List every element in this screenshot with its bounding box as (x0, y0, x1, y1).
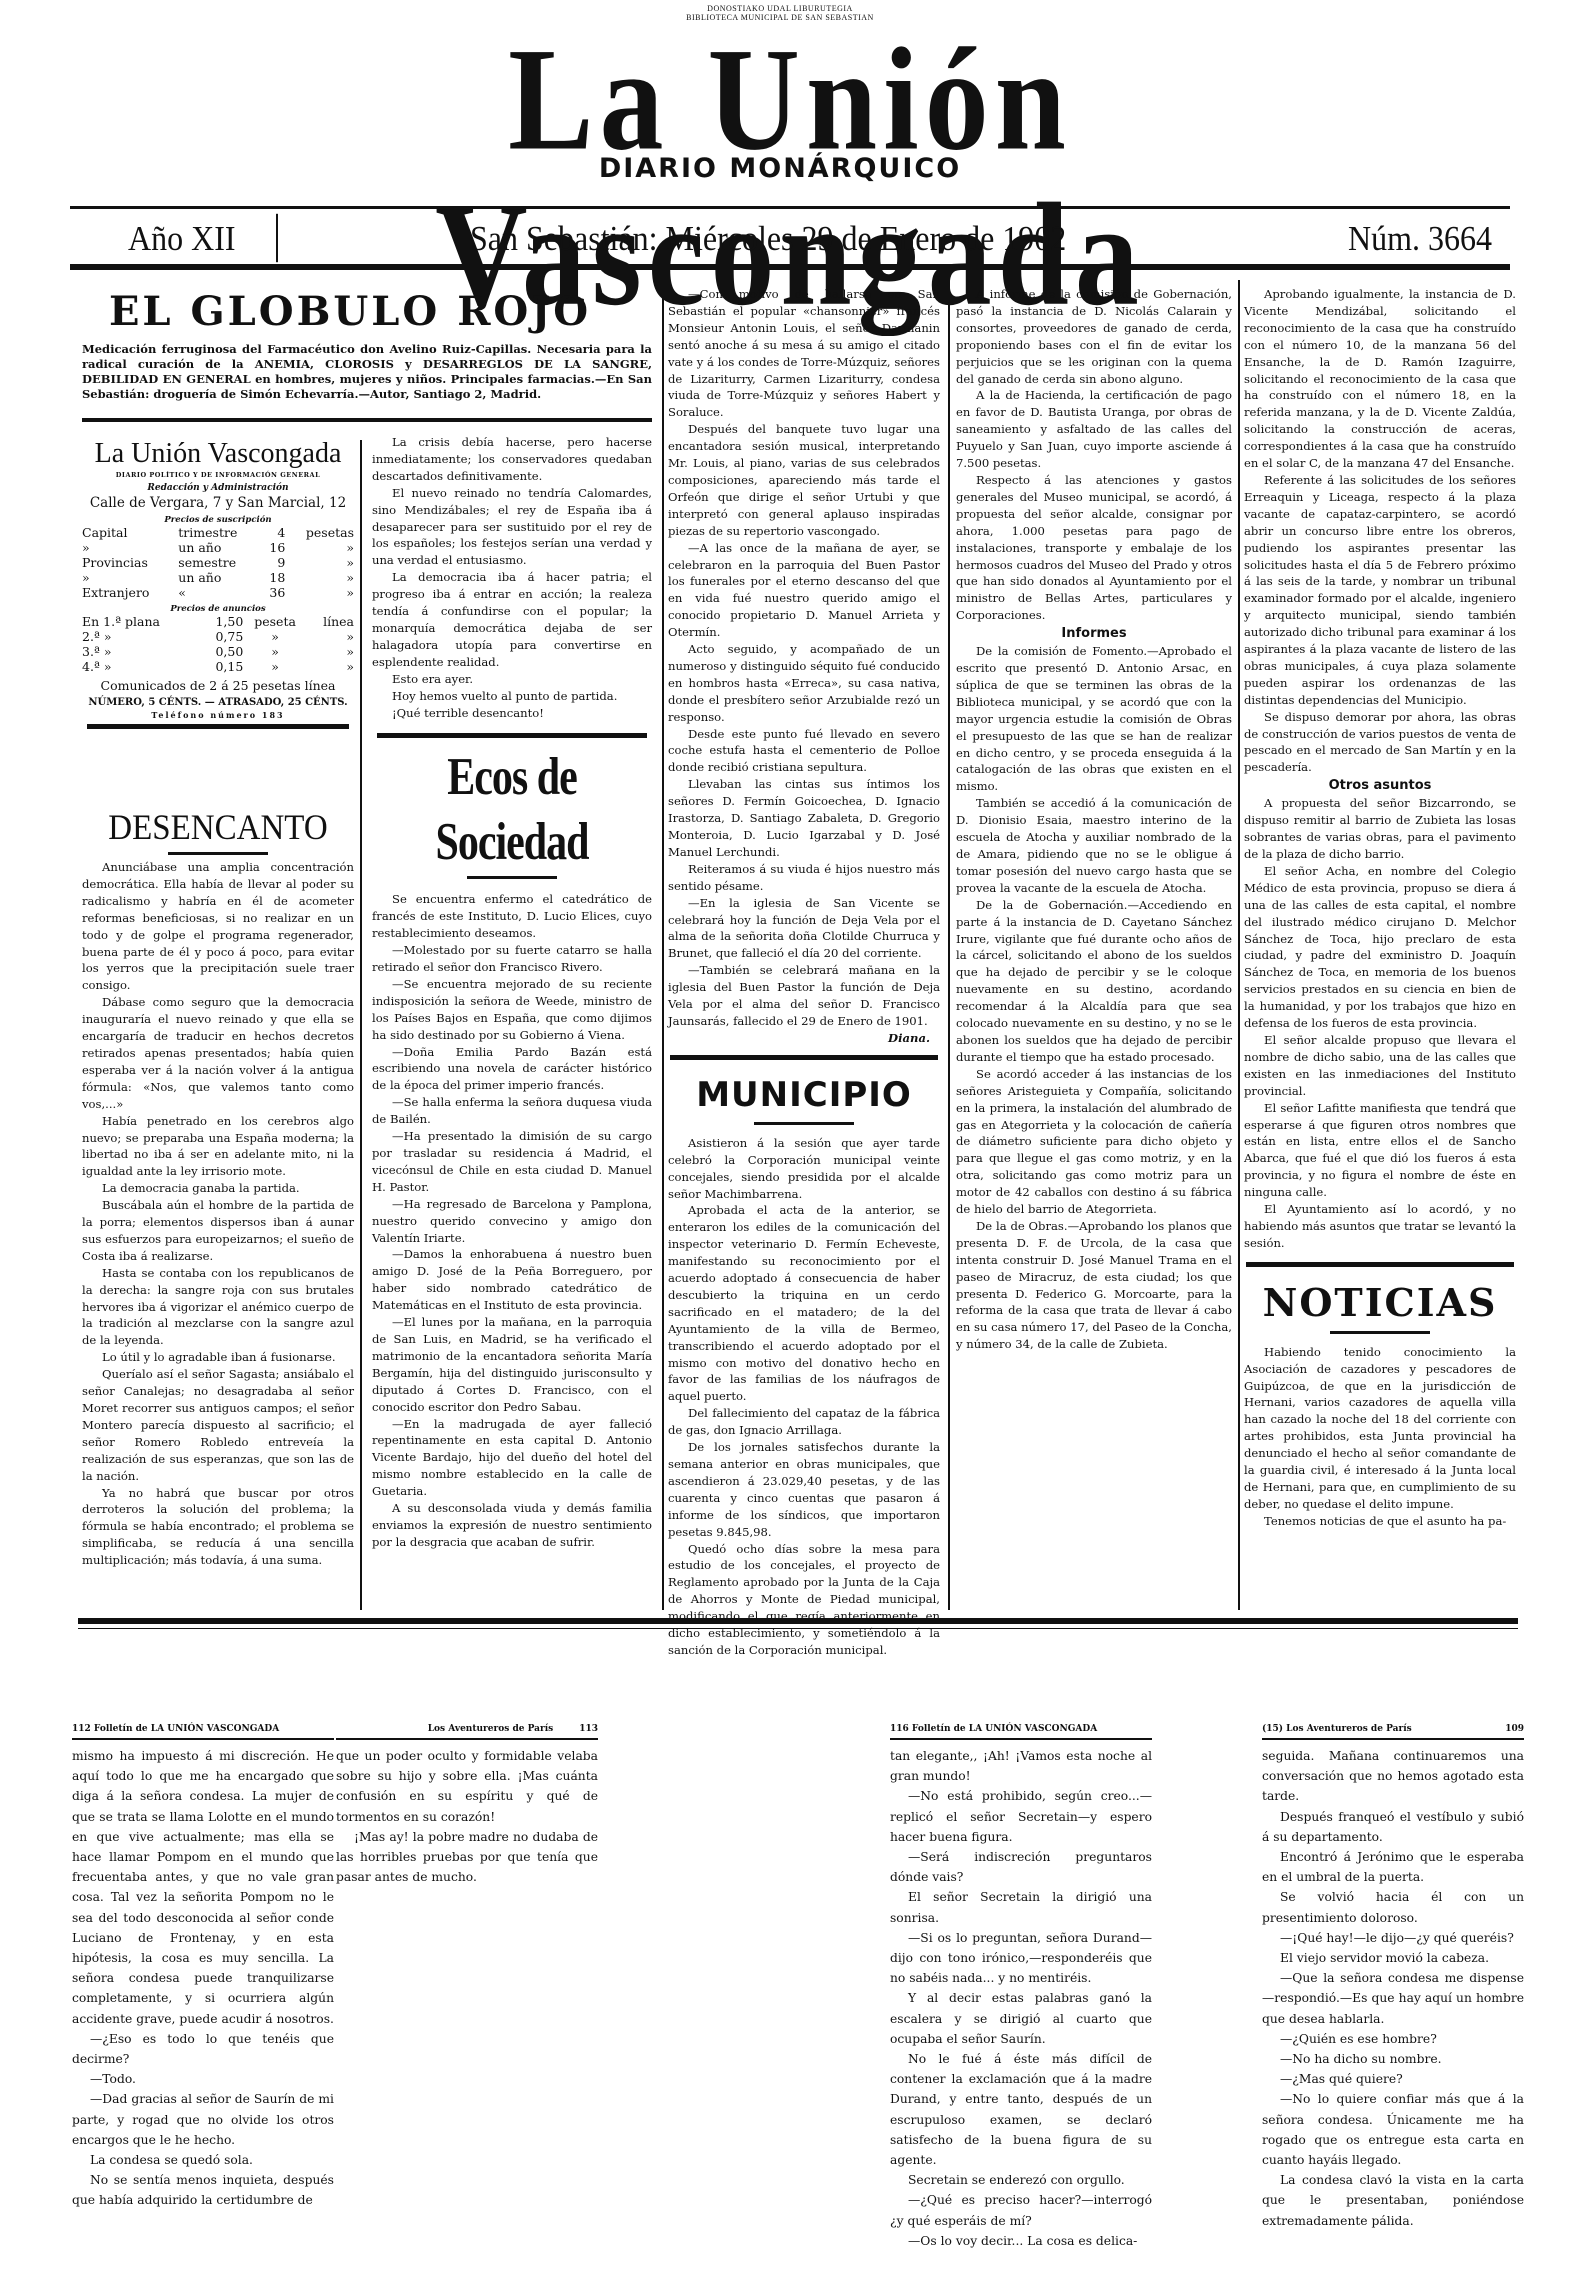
title-underline (754, 1122, 854, 1125)
paragraph: —Damos la enhorabuena á nuestro buen ami… (372, 1246, 652, 1314)
feuilleton-header-right: 113 (579, 1724, 598, 1734)
feuilleton-header: (15) Los Aventureros de París 109 (1262, 1724, 1524, 1740)
cell: 9 (263, 555, 286, 570)
paragraph: A propuesta del señor Bizcarrondo, se di… (1244, 795, 1516, 863)
subscription-table: Capitaltrimestre4pesetas »un año16» Prov… (82, 525, 354, 600)
paragraph: Asistieron á la sesión que ayer tarde ce… (668, 1135, 940, 1203)
issue-price: NÚMERO, 5 CÉNTS. — ATRASADO, 25 CÉNTS. (82, 697, 354, 708)
paragraph: seguida. Mañana continuaremos una conver… (1262, 1746, 1524, 1807)
column-2: La crisis debía hacerse, pero hacerse in… (372, 434, 652, 1551)
desencanto-continuation: La crisis debía hacerse, pero hacerse in… (372, 434, 652, 721)
paragraph: Acto seguido, y acompañado de un numeros… (668, 641, 940, 726)
paragraph: Después franqueó el vestíbulo y subió á … (1262, 1807, 1524, 1847)
table-row: Capitaltrimestre4pesetas (82, 525, 354, 540)
paragraph: —¿Quién es ese hombre? (1262, 2029, 1524, 2049)
paragraph: —No ha dicho su nombre. (1262, 2049, 1524, 2069)
paragraph: Anunciábase una amplia concentración dem… (82, 859, 354, 994)
cell: » (285, 540, 354, 555)
ads-label: Precios de anuncios (82, 604, 354, 614)
paragraph: La democracia ganaba la partida. (82, 1180, 354, 1197)
column-3: —Con motivo de hallarse en San Sebastián… (668, 286, 940, 1659)
paragraph: Hoy hemos vuelto al punto de partida. (372, 688, 652, 705)
box-title: La Unión Vascongada (82, 437, 354, 471)
column-divider (1238, 280, 1240, 1610)
paragraph: Habiendo tenido conocimiento la Asociaci… (1244, 1344, 1516, 1513)
paragraph: —No está prohibido, según creo...—replic… (890, 1786, 1152, 1847)
feuilleton-page-113: Los Aventureros de París 113 que un pode… (336, 1724, 598, 1887)
cell: » (307, 629, 354, 644)
feuilleton-header-left: 116 Folletín de LA UNIÓN VASCONGADA (890, 1724, 1097, 1734)
cell: 0,15 (201, 659, 243, 674)
paragraph: —¿Mas qué quiere? (1262, 2069, 1524, 2089)
paragraph: Ya no habrá que buscar por otros derrote… (82, 1485, 354, 1570)
table-row: 4.ª »0,15»» (82, 659, 354, 674)
paragraph: Aprobando igualmente, la instancia de D.… (1244, 286, 1516, 472)
paragraph: La democracia iba á hacer patria; el pro… (372, 569, 652, 670)
feuilleton-page-112: 112 Folletín de LA UNIÓN VASCONGADA mism… (72, 1724, 334, 2211)
noticias-body: Habiendo tenido conocimiento la Asociaci… (1244, 1344, 1516, 1530)
feuilleton-page-109: (15) Los Aventureros de París 109 seguid… (1262, 1724, 1524, 2231)
paragraph: —Se halla enferma la señora duquesa viud… (372, 1094, 652, 1128)
paragraph: El señor Acha, en nombre del Colegio Méd… (1244, 863, 1516, 1032)
fold-rule-thin (78, 1628, 1518, 1629)
paragraph: —En la iglesia de San Vicente se celebra… (668, 895, 940, 963)
paragraph: —Será indiscreción preguntaros dónde vai… (890, 1847, 1152, 1887)
paragraph: —Se encuentra mejorado de su reciente in… (372, 976, 652, 1044)
cell: 4 (263, 525, 286, 540)
table-row: »un año18» (82, 570, 354, 585)
table-row: Provinciassemestre9» (82, 555, 354, 570)
paragraph: —Dad gracias al señor de Saurín de mi pa… (72, 2089, 334, 2150)
ads-table: En 1.ª plana1,50pesetalínea 2.ª »0,75»» … (82, 614, 354, 674)
paragraph: Llevaban las cintas sus íntimos los seño… (668, 776, 940, 861)
paragraph: Referente á las solicitudes de los señor… (1244, 472, 1516, 709)
title-underline (467, 876, 557, 879)
cell: Provincias (82, 555, 178, 570)
office-label: Redacción y Administración (82, 483, 354, 493)
paragraph: —Doña Emilia Pardo Bazán está escribiend… (372, 1044, 652, 1095)
paragraph: —Ha regresado de Barcelona y Pamplona, n… (372, 1196, 652, 1247)
paragraph: Se acordó acceder á las instancias de lo… (956, 1066, 1232, 1218)
feuilleton-header-right: 109 (1505, 1724, 1524, 1734)
paragraph: Esto era ayer. (372, 671, 652, 688)
paragraph: —Que la señora condesa me dispense—respo… (1262, 1968, 1524, 2029)
cell: 16 (263, 540, 286, 555)
paragraph: —Molestado por su fuerte catarro se hall… (372, 942, 652, 976)
ecos-continuation: —Con motivo de hallarse en San Sebastián… (668, 286, 940, 1047)
cell: » (82, 570, 178, 585)
paragraph: —El lunes por la mañana, en la parroquia… (372, 1314, 652, 1415)
subscription-label: Precios de suscripción (82, 515, 354, 525)
cell: 4.ª » (82, 659, 201, 674)
paragraph: Había penetrado en los cerebros algo nue… (82, 1113, 354, 1181)
feuilleton-page-116: 116 Folletín de LA UNIÓN VASCONGADA tan … (890, 1724, 1152, 2251)
paragraph: La condesa se quedó sola. (72, 2150, 334, 2170)
subscription-box: La Unión Vascongada DIARIO POLÍTICO Y DE… (82, 437, 354, 733)
place-date: San Sebastián: Miércoles 29 de Enero de … (470, 218, 1066, 259)
section-rule (1246, 1262, 1514, 1267)
title-underline (168, 852, 268, 855)
feuilleton-header-left: (15) Los Aventureros de París (1262, 1724, 1412, 1734)
table-row: »un año16» (82, 540, 354, 555)
feuilleton-header-left: 112 Folletín de LA UNIÓN VASCONGADA (72, 1724, 279, 1734)
cell: 0,75 (201, 629, 243, 644)
paragraph: Lo útil y lo agradable iban á fusionarse… (82, 1349, 354, 1366)
paragraph: —Os lo voy decir... La cosa es delica- (890, 2231, 1152, 2251)
paragraph: —Ha presentado la dimisión de su cargo p… (372, 1128, 652, 1196)
cell: » (285, 570, 354, 585)
paragraph: Desde este punto fué llevado en severo c… (668, 726, 940, 777)
issue-number: Núm. 3664 (1348, 218, 1492, 259)
paragraph: —Si os lo preguntan, señora Durand—dijo … (890, 1928, 1152, 1989)
paragraph: El señor alcalde propuso que llevara el … (1244, 1032, 1516, 1100)
dateline-divider (276, 214, 278, 262)
paragraph: tan elegante,, ¡Ah! ¡Vamos esta noche al… (890, 1746, 1152, 1786)
paragraph: —A las once de la mañana de ayer, se cel… (668, 540, 940, 641)
table-row: En 1.ª plana1,50pesetalínea (82, 614, 354, 629)
office-address: Calle de Vergara, 7 y San Marcial, 12 (82, 495, 354, 511)
ecos-title: Ecos de Sociedad (372, 745, 652, 875)
paragraph: No se sentía menos inquieta, después que… (72, 2170, 334, 2210)
feuilleton-header: 116 Folletín de LA UNIÓN VASCONGADA (890, 1724, 1152, 1740)
feuilleton-body: seguida. Mañana continuaremos una conver… (1262, 1746, 1524, 2231)
informes-body: De la comisión de Fomento.—Aprobado el e… (956, 643, 1232, 1353)
paragraph: —Con motivo de hallarse en San Sebastián… (668, 286, 940, 421)
desencanto-article: DESENCANTO Anunciábase una amplia concen… (82, 808, 354, 1569)
cell: « (178, 585, 262, 600)
box-subtitle: DIARIO POLÍTICO Y DE INFORMACIÓN GENERAL (82, 471, 354, 479)
feuilleton-header-left: Los Aventureros de París (428, 1724, 554, 1734)
column-divider (662, 280, 664, 1610)
cell: » (243, 629, 307, 644)
paragraph: Hasta se contaba con los republicanos de… (82, 1265, 354, 1350)
paragraph: A informe de la comisión de Gobernación,… (956, 286, 1232, 387)
paragraph: que un poder oculto y formidable velaba … (336, 1746, 598, 1827)
paragraph: Se dispuso demorar por ahora, las obras … (1244, 709, 1516, 777)
paragraph: De la comisión de Fomento.—Aprobado el e… (956, 643, 1232, 795)
cell: » (307, 644, 354, 659)
cell: pesetas (285, 525, 354, 540)
column-divider (948, 280, 950, 1610)
cell: » (285, 555, 354, 570)
advert-rule (82, 418, 652, 422)
header-rule-bottom (70, 264, 1510, 270)
paragraph: Tenemos noticias de que el asunto ha pa- (1244, 1513, 1516, 1530)
otros-asuntos-heading: Otros asuntos (1244, 778, 1516, 793)
municipio-title: MUNICIPIO (668, 1074, 940, 1116)
cell: línea (307, 614, 354, 629)
paragraph: —No lo quiere confiar más que á la señor… (1262, 2089, 1524, 2170)
cell: » (82, 540, 178, 555)
paragraph: Encontró á Jerónimo que le esperaba en e… (1262, 1847, 1524, 1887)
cell: trimestre (178, 525, 262, 540)
cell: En 1.ª plana (82, 614, 201, 629)
cell: Capital (82, 525, 178, 540)
cell: un año (178, 570, 262, 585)
paragraph: Secretain se enderezó con orgullo. (890, 2170, 1152, 2190)
cell: 3.ª » (82, 644, 201, 659)
paragraph: Aprobada el acta de la anterior, se ente… (668, 1202, 940, 1405)
paragraph: Buscábala aún el hombre de la partida de… (82, 1197, 354, 1265)
header-rule-top (70, 206, 1510, 209)
paragraph: A la de Hacienda, la certificación de pa… (956, 387, 1232, 472)
dateline: Año XII San Sebastián: Miércoles 29 de E… (80, 214, 1510, 262)
paragraph: La crisis debía hacerse, pero hacerse in… (372, 434, 652, 485)
municipio-body: Asistieron á la sesión que ayer tarde ce… (668, 1135, 940, 1659)
column-4: A informe de la comisión de Gobernación,… (956, 286, 1232, 1353)
section-rule (670, 1055, 938, 1060)
paragraph: Y al decir estas palabras ganó la escale… (890, 1988, 1152, 2049)
municipio-continuation: A informe de la comisión de Gobernación,… (956, 286, 1232, 624)
paragraph: El viejo servidor movió la cabeza. (1262, 1948, 1524, 1968)
paragraph: Después del banquete tuvo lugar una enca… (668, 421, 940, 539)
paragraph: —¡Qué hay!—le dijo—¿y qué queréis? (1262, 1928, 1524, 1948)
box-rule (87, 724, 349, 729)
cell: » (307, 659, 354, 674)
cell: » (243, 659, 307, 674)
paragraph: Se encuentra enfermo el catedrático de f… (372, 891, 652, 942)
cell: Extranjero (82, 585, 178, 600)
paragraph: Reiteramos á su viuda é hijos nuestro má… (668, 861, 940, 895)
ecos-body: Se encuentra enfermo el catedrático de f… (372, 891, 652, 1550)
paragraph: Dábase como seguro que la democracia ina… (82, 994, 354, 1112)
title-underline (1330, 1331, 1430, 1334)
cell: 0,50 (201, 644, 243, 659)
paragraph: Queríalo así el señor Sagasta; ansiábalo… (82, 1366, 354, 1484)
paragraph: —Todo. (72, 2069, 334, 2089)
informes-heading: Informes (956, 626, 1232, 641)
paragraph: El nuevo reinado no tendría Calomardes, … (372, 485, 652, 570)
paragraph: El señor Secretain la dirigió una sonris… (890, 1887, 1152, 1927)
feuilleton-header: 112 Folletín de LA UNIÓN VASCONGADA (72, 1724, 334, 1740)
paragraph: —¿Qué es preciso hacer?—interrogó ¿y qué… (890, 2190, 1152, 2230)
table-row: 3.ª »0,50»» (82, 644, 354, 659)
paragraph: La condesa clavó la vista en la carta qu… (1262, 2170, 1524, 2231)
cell: un año (178, 540, 262, 555)
cell: 18 (263, 570, 286, 585)
section-rule (377, 733, 647, 738)
informes-continuation: Aprobando igualmente, la instancia de D.… (1244, 286, 1516, 776)
column-5: Aprobando igualmente, la instancia de D.… (1244, 286, 1516, 1530)
paragraph: El Ayuntamiento así lo acordó, y no habi… (1244, 1201, 1516, 1252)
feuilleton-body: que un poder oculto y formidable velaba … (336, 1746, 598, 1887)
year-label: Año XII (128, 218, 236, 259)
column-divider (360, 440, 362, 1610)
feuilleton-body: tan elegante,, ¡Ah! ¡Vamos esta noche al… (890, 1746, 1152, 2251)
paragraph: —En la madrugada de ayer falleció repent… (372, 1416, 652, 1501)
cell: » (285, 585, 354, 600)
paragraph: También se accedió á la comunicación de … (956, 795, 1232, 896)
paragraph: Del fallecimiento del capataz de la fábr… (668, 1405, 940, 1439)
paragraph: ¡Mas ay! la pobre madre no dudaba de las… (336, 1827, 598, 1888)
otros-asuntos-body: A propuesta del señor Bizcarrondo, se di… (1244, 795, 1516, 1251)
advert-title: EL GLOBULO ROJO (80, 288, 620, 335)
cell: » (243, 644, 307, 659)
paragraph: A su desconsolada viuda y demás familia … (372, 1500, 652, 1551)
paragraph: ¡Qué terrible desencanto! (372, 705, 652, 722)
cell: peseta (243, 614, 307, 629)
paragraph: De la de Obras.—Aprobando los planos que… (956, 1218, 1232, 1353)
paragraph: De la de Gobernación.—Accediendo en part… (956, 897, 1232, 1066)
paragraph: No le fué á éste más difícil de contener… (890, 2049, 1152, 2170)
paragraph: El señor Lafitte manifiesta que tendrá q… (1244, 1100, 1516, 1201)
cell: semestre (178, 555, 262, 570)
paragraph: De los jornales satisfechos durante la s… (668, 1439, 940, 1540)
archive-stamp-line: DONOSTIAKO UDAL LIBURUTEGIA (620, 4, 940, 13)
feuilleton-header: Los Aventureros de París 113 (336, 1724, 598, 1740)
paragraph: —También se celebrará mañana en la igles… (668, 962, 940, 1030)
fold-rule (78, 1618, 1518, 1624)
phone-number: Teléfono número 183 (82, 710, 354, 720)
paragraph: Se volvió hacia él con un presentimiento… (1262, 1887, 1524, 1927)
advert-text: Medicación ferruginosa del Farmacéutico … (82, 342, 652, 402)
cell: 1,50 (201, 614, 243, 629)
table-row: Extranjero«36» (82, 585, 354, 600)
table-row: 2.ª »0,75»» (82, 629, 354, 644)
communicated-price: Comunicados de 2 á 25 pesetas línea (82, 678, 354, 693)
signature: Diana. (668, 1030, 940, 1047)
cell: 2.ª » (82, 629, 201, 644)
paragraph: mismo ha impuesto á mi discreción. He aq… (72, 1746, 334, 2029)
cell: 36 (263, 585, 286, 600)
noticias-title: NOTICIAS (1244, 1281, 1516, 1325)
masthead-subtitle: DIARIO MONÁRQUICO (500, 153, 1060, 184)
paragraph: —¿Eso es todo lo que tenéis que decirme? (72, 2029, 334, 2069)
desencanto-body: Anunciábase una amplia concentración dem… (82, 859, 354, 1569)
paragraph: Quedó ocho días sobre la mesa para estud… (668, 1541, 940, 1659)
desencanto-title: DESENCANTO (82, 806, 354, 850)
paragraph: Respecto á las atenciones y gastos gener… (956, 472, 1232, 624)
feuilleton-body: mismo ha impuesto á mi discreción. He aq… (72, 1746, 334, 2211)
